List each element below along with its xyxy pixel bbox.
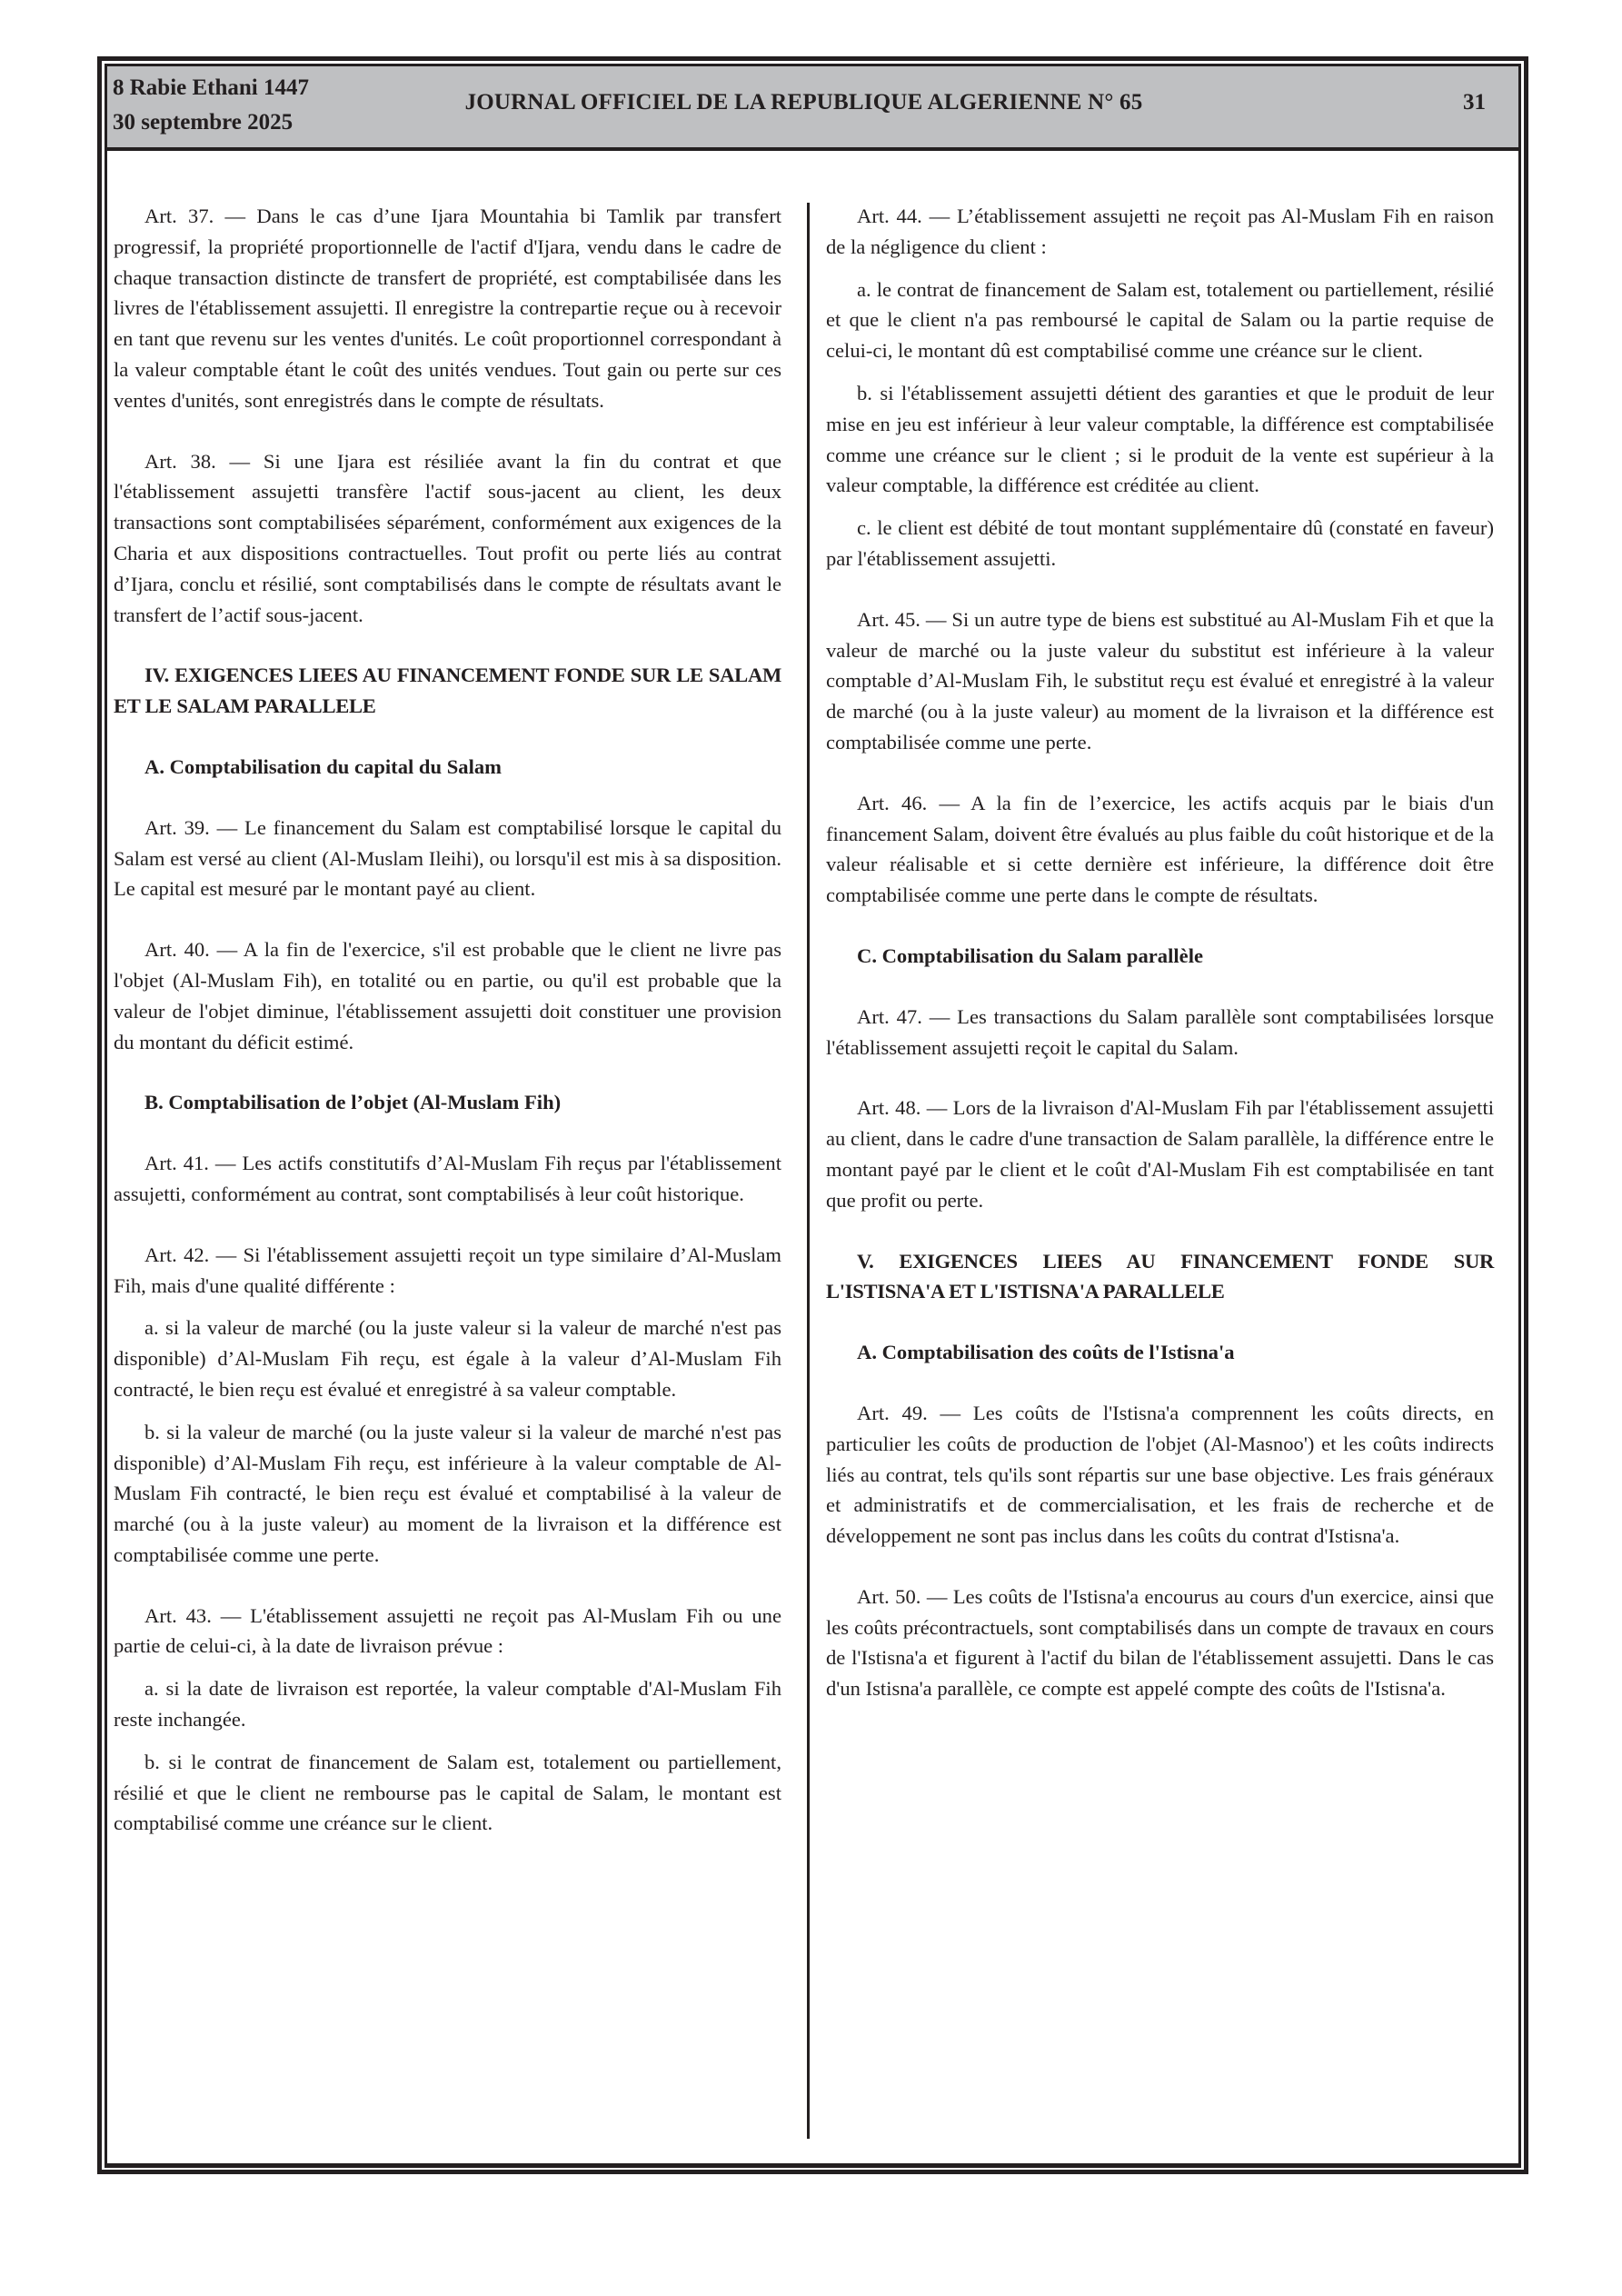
left-column: Art. 37. — Dans le cas d’une Ijara Mount…	[114, 201, 781, 1839]
article-43: Art. 43. — L'établissement assujetti ne …	[114, 1601, 781, 1662]
article-43-item-a: a. si la date de livraison est reportée,…	[114, 1673, 781, 1735]
page-outer-frame: 8 Rabie Ethani 1447 30 septembre 2025 JO…	[97, 56, 1528, 2174]
section-heading-v: V. EXIGENCES LIEES AU FINANCEMENT FONDE …	[826, 1246, 1494, 1308]
article-38: Art. 38. — Si une Ijara est résiliée ava…	[114, 446, 781, 631]
subsection-heading-a-capital-salam: A. Comptabilisation du capital du Salam	[114, 752, 781, 783]
journal-title: JOURNAL OFFICIEL DE LA REPUBLIQUE ALGERI…	[107, 90, 1518, 115]
subsection-heading-b-objet: B. Comptabilisation de l’objet (Al-Musla…	[114, 1087, 781, 1118]
article-48: Art. 48. — Lors de la livraison d'Al-Mus…	[826, 1093, 1494, 1215]
article-50: Art. 50. — Les coûts de l'Istisna'a enco…	[826, 1582, 1494, 1704]
subsection-heading-a-couts-istisnaa: A. Comptabilisation des coûts de l'Istis…	[826, 1337, 1494, 1368]
article-42-item-b: b. si la valeur de marché (ou la juste v…	[114, 1417, 781, 1571]
column-divider	[807, 203, 810, 2139]
article-49: Art. 49. — Les coûts de l'Istisna'a comp…	[826, 1398, 1494, 1552]
article-42: Art. 42. — Si l'établissement assujetti …	[114, 1240, 781, 1302]
article-37: Art. 37. — Dans le cas d’une Ijara Mount…	[114, 201, 781, 416]
article-47: Art. 47. — Les transactions du Salam par…	[826, 1002, 1494, 1063]
running-header: 8 Rabie Ethani 1447 30 septembre 2025 JO…	[107, 66, 1518, 151]
article-45: Art. 45. — Si un autre type de biens est…	[826, 604, 1494, 758]
article-40: Art. 40. — A la fin de l'exercice, s'il …	[114, 934, 781, 1057]
article-46: Art. 46. — A la fin de l’exercice, les a…	[826, 788, 1494, 911]
article-44: Art. 44. — L’établissement assujetti ne …	[826, 201, 1494, 263]
article-44-item-c: c. le client est débité de tout montant …	[826, 513, 1494, 574]
subsection-heading-c-salam-parallele: C. Comptabilisation du Salam parallèle	[826, 941, 1494, 972]
page-number: 31	[1463, 90, 1486, 115]
section-heading-iv: IV. EXIGENCES LIEES AU FINANCEMENT FONDE…	[114, 660, 781, 722]
article-42-item-a: a. si la valeur de marché (ou la juste v…	[114, 1313, 781, 1404]
right-column: Art. 44. — L’établissement assujetti ne …	[826, 201, 1494, 1704]
article-44-item-b: b. si l'établissement assujetti détient …	[826, 378, 1494, 501]
page-inner-frame: 8 Rabie Ethani 1447 30 septembre 2025 JO…	[104, 64, 1521, 2168]
article-43-item-b: b. si le contrat de financement de Salam…	[114, 1747, 781, 1839]
article-41: Art. 41. — Les actifs constitutifs d’Al-…	[114, 1148, 781, 1210]
article-44-item-a: a. le contrat de financement de Salam es…	[826, 275, 1494, 366]
article-39: Art. 39. — Le financement du Salam est c…	[114, 813, 781, 904]
